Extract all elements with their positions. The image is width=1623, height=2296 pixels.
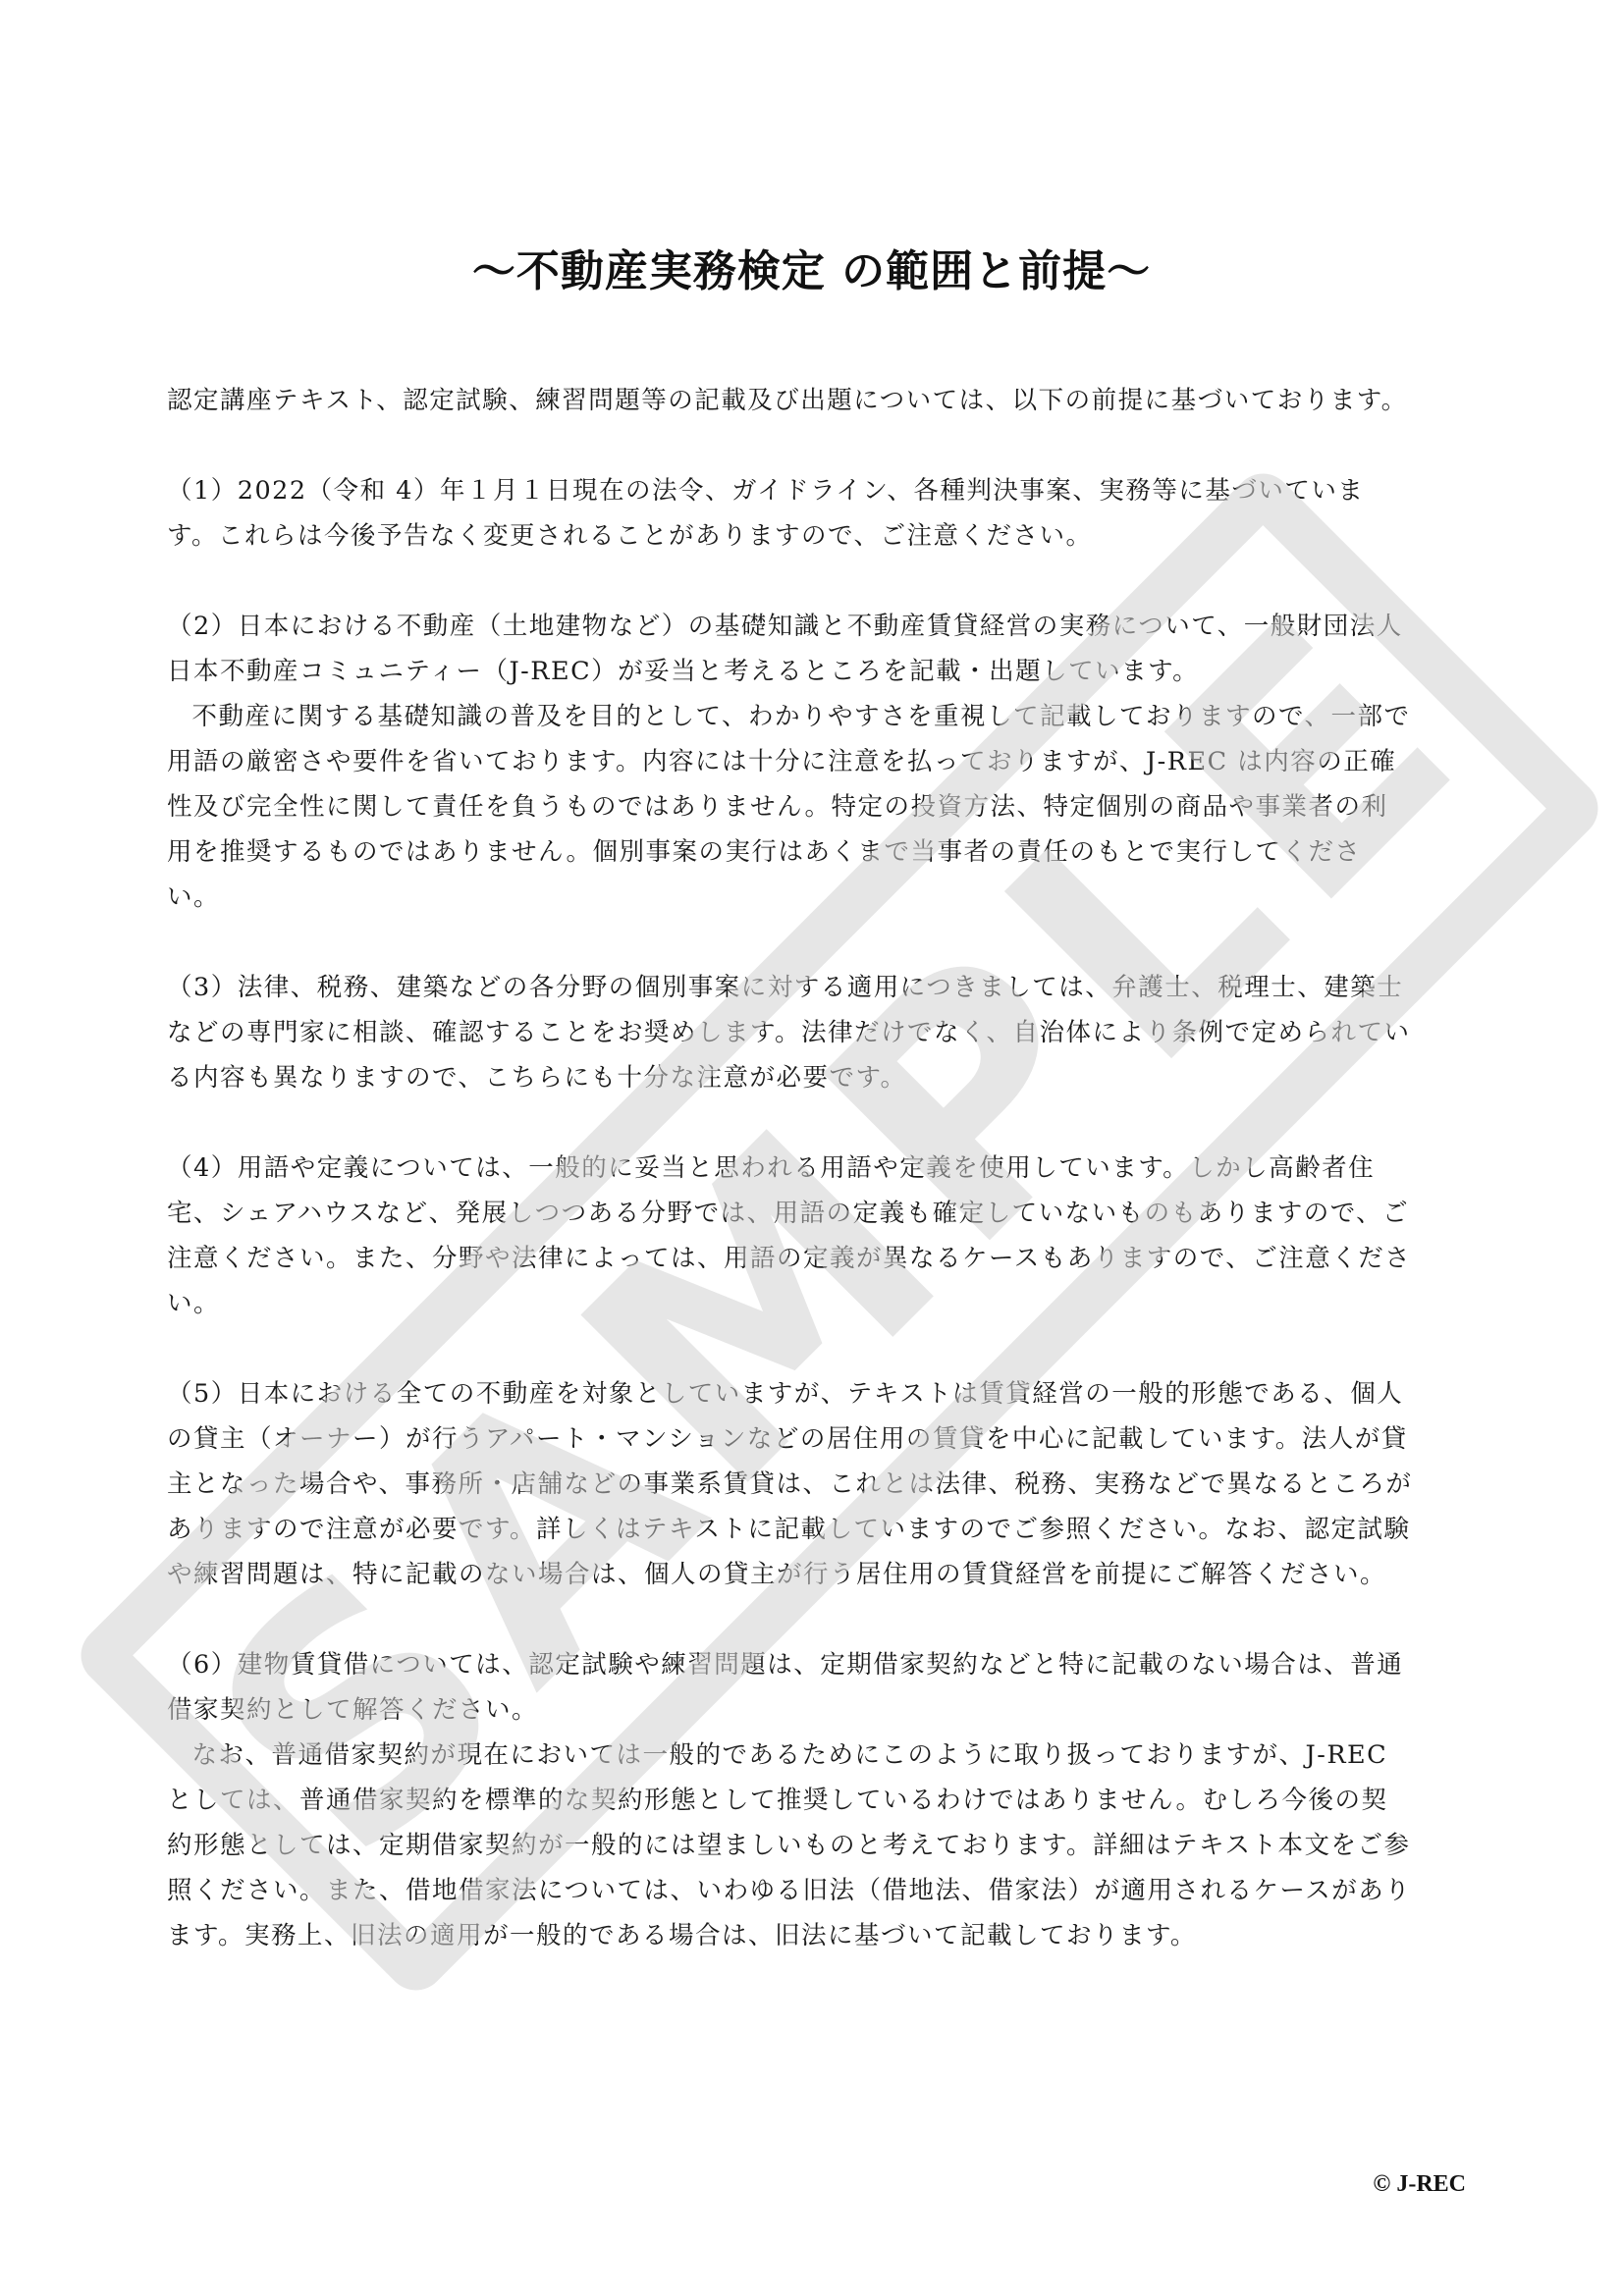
intro-paragraph: 認定講座テキスト、認定試験、練習問題等の記載及び出題については、以下の前提に基づ… xyxy=(167,378,1414,423)
section-6: （6）建物賃貸借については、認定試験や練習問題は、定期借家契約などと特に記載のな… xyxy=(167,1642,1414,1958)
section-3-text: （3）法律、税務、建築などの各分野の個別事案に対する適用につきましては、弁護士、… xyxy=(167,965,1414,1100)
section-5: （5）日本における全ての不動産を対象としていますが、テキストは賃貸経営の一般的形… xyxy=(167,1371,1414,1597)
section-1: （1）2022（令和 4）年１月１日現在の法令、ガイドライン、各種判決事案、実務… xyxy=(167,468,1414,559)
page-title: 〜不動産実務検定 の範囲と前提〜 xyxy=(0,236,1623,298)
document-page: 〜不動産実務検定 の範囲と前提〜 認定講座テキスト、認定試験、練習問題等の記載及… xyxy=(0,0,1623,2296)
section-1-text: （1）2022（令和 4）年１月１日現在の法令、ガイドライン、各種判決事案、実務… xyxy=(167,468,1414,559)
section-2-text: （2）日本における不動産（土地建物など）の基礎知識と不動産賃貸経営の実務について… xyxy=(167,604,1414,694)
document-body: 認定講座テキスト、認定試験、練習問題等の記載及び出題については、以下の前提に基づ… xyxy=(167,378,1414,2003)
intro-text: 認定講座テキスト、認定試験、練習問題等の記載及び出題については、以下の前提に基づ… xyxy=(167,378,1414,423)
section-2-note: 不動産に関する基礎知識の普及を目的として、わかりやすさを重視して記載しております… xyxy=(167,694,1414,920)
section-6-text: （6）建物賃貸借については、認定試験や練習問題は、定期借家契約などと特に記載のな… xyxy=(167,1642,1414,1733)
section-4: （4）用語や定義については、一般的に妥当と思われる用語や定義を使用しています。し… xyxy=(167,1146,1414,1326)
section-6-note: なお、普通借家契約が現在においては一般的であるためにこのように取り扱っております… xyxy=(167,1733,1414,1958)
section-2: （2）日本における不動産（土地建物など）の基礎知識と不動産賃貸経営の実務について… xyxy=(167,604,1414,920)
copyright-notice: © J-REC xyxy=(1373,2171,1466,2198)
section-3: （3）法律、税務、建築などの各分野の個別事案に対する適用につきましては、弁護士、… xyxy=(167,965,1414,1100)
section-5-text: （5）日本における全ての不動産を対象としていますが、テキストは賃貸経営の一般的形… xyxy=(167,1371,1414,1597)
section-4-text: （4）用語や定義については、一般的に妥当と思われる用語や定義を使用しています。し… xyxy=(167,1146,1414,1326)
